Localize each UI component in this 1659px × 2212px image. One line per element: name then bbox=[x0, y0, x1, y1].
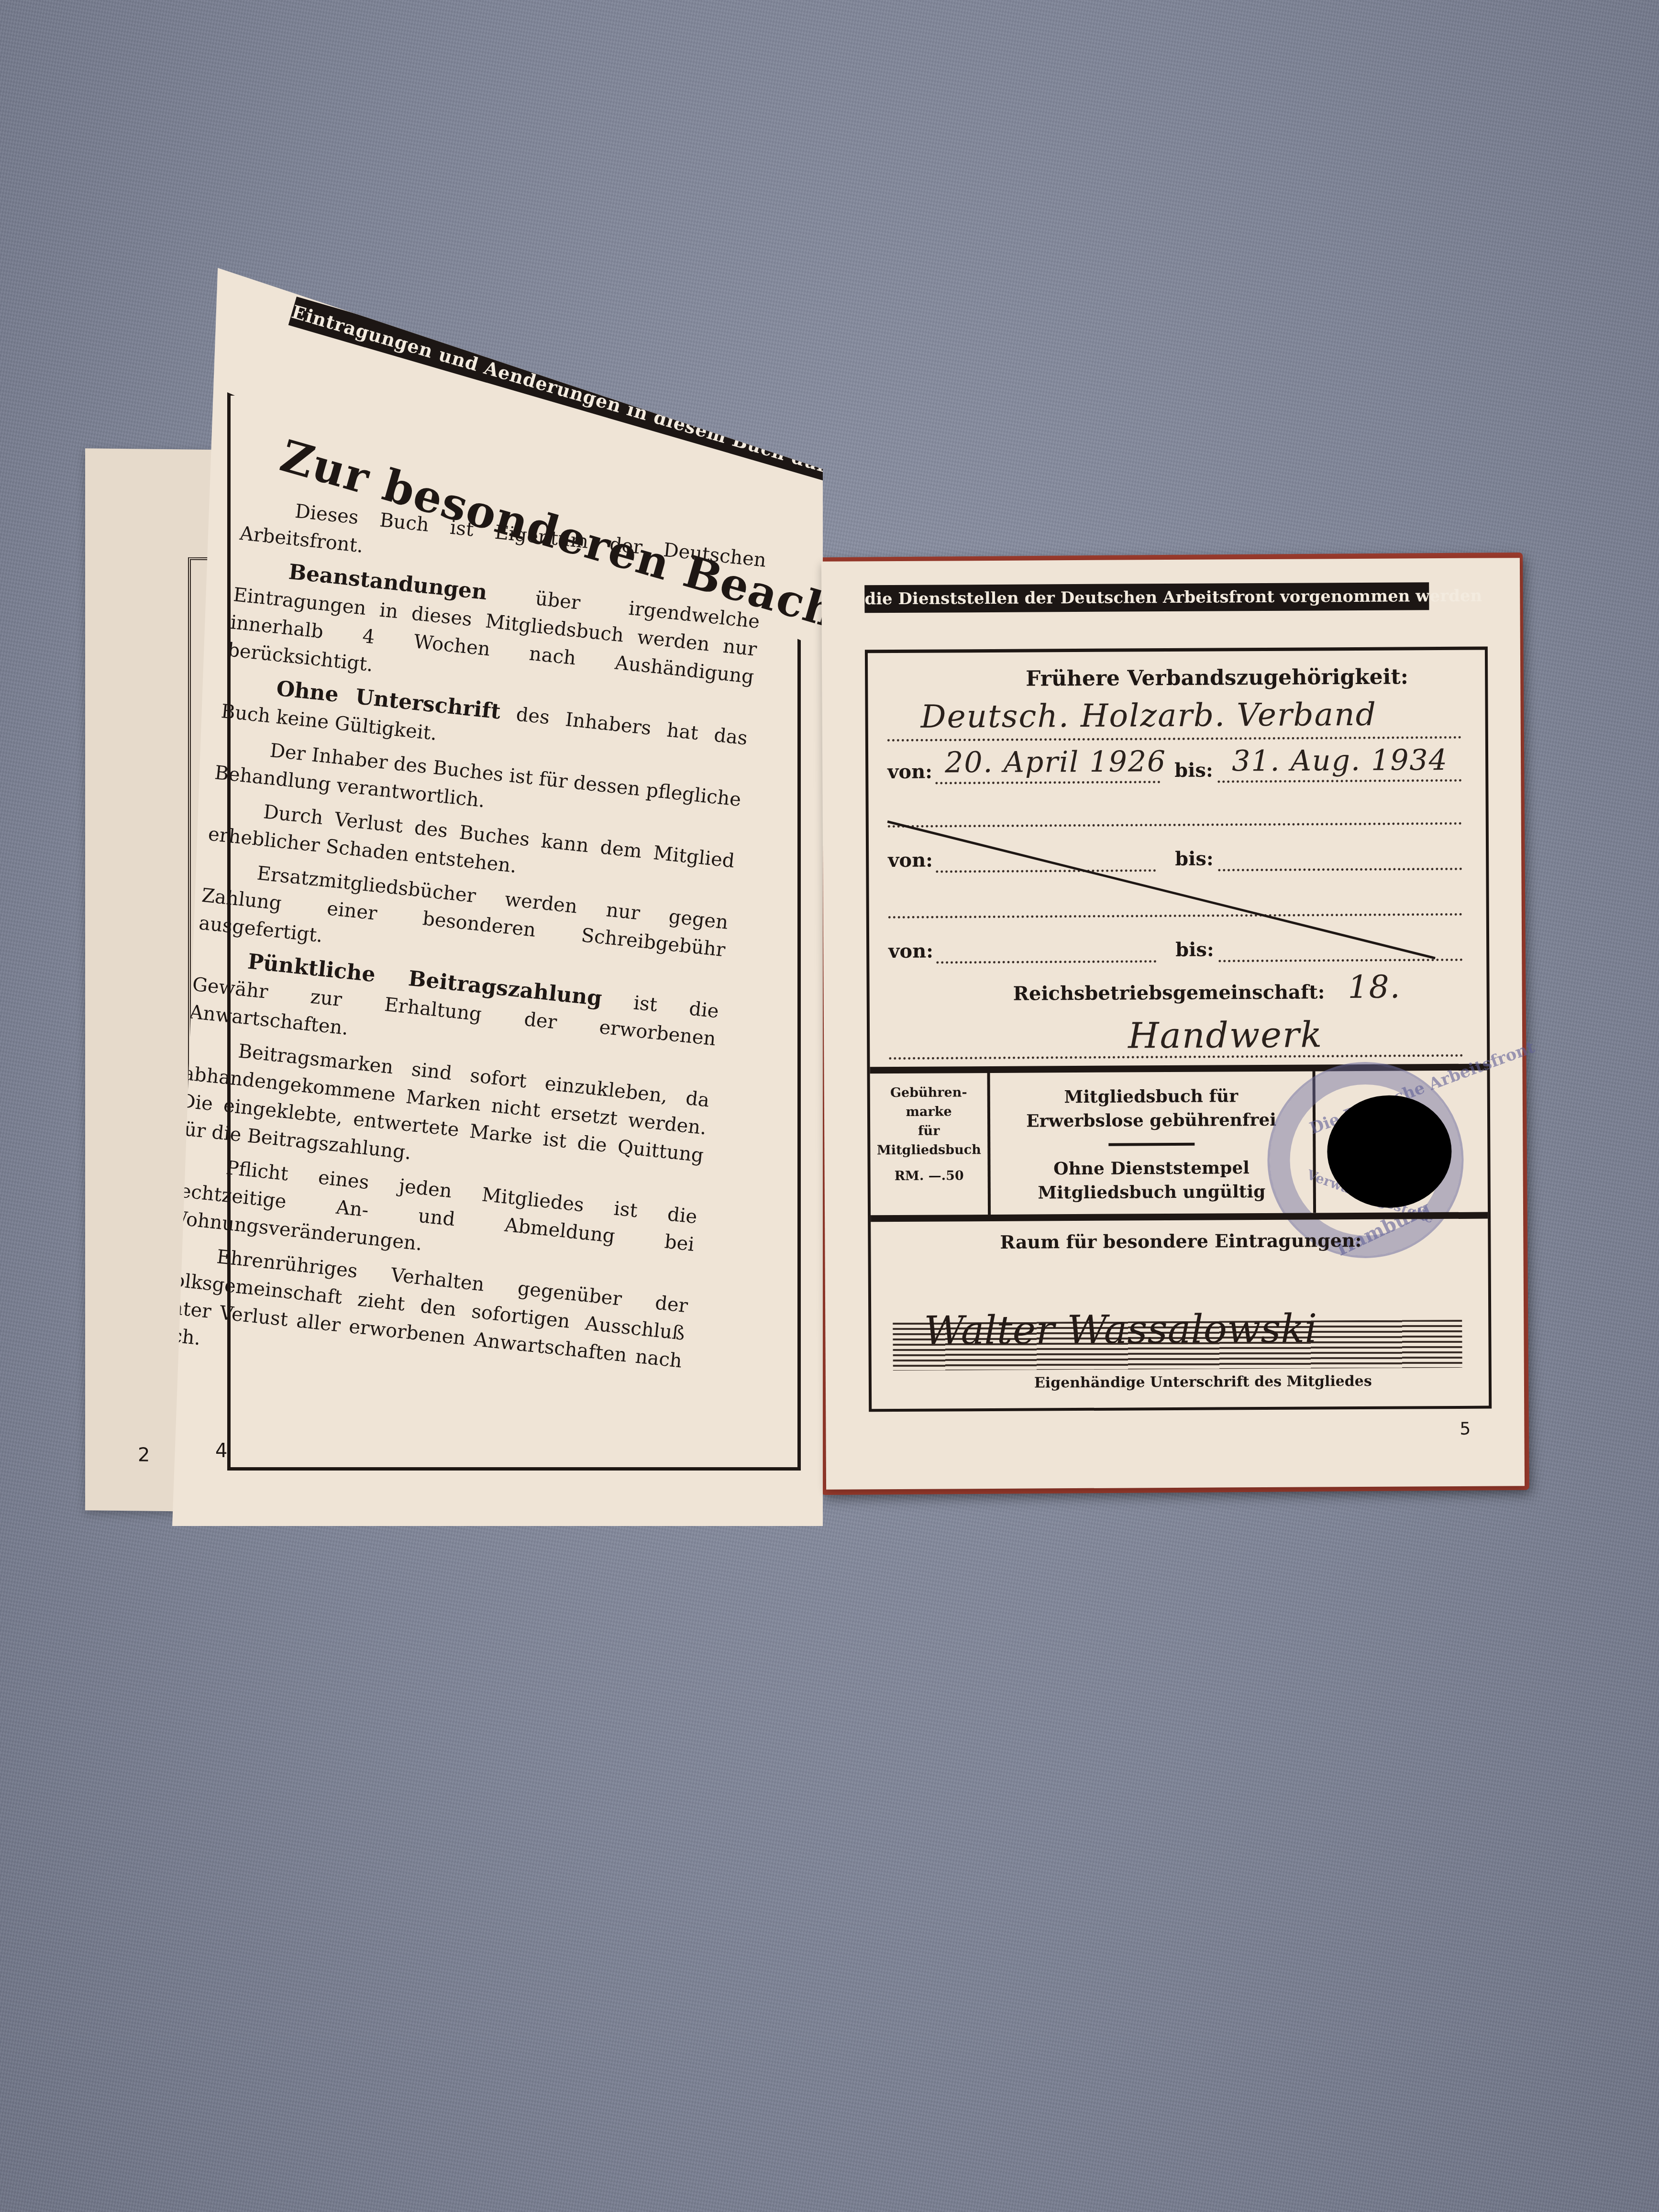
page-number-5: 5 bbox=[1460, 1419, 1471, 1439]
reich-number-handwritten: 18. bbox=[1348, 969, 1401, 1006]
previous-union-label: Frühere Verbandszugehörigkeit: bbox=[1026, 664, 1408, 691]
paragraph-text: über irgendwelche Eintragungen in dieses… bbox=[226, 583, 761, 688]
left-page-4: Eintragungen und Aenderungen in diesem B… bbox=[172, 268, 823, 1526]
left-page-text-block: Zur besonderen Beachtung. Dieses Buch is… bbox=[154, 426, 774, 1408]
signature-caption: Eigenhändige Unterschrift des Mitgliedes bbox=[1034, 1373, 1372, 1392]
redacted-emblem bbox=[1327, 1095, 1452, 1208]
to-label-2: bis: bbox=[1175, 848, 1214, 870]
to-line-1 bbox=[1217, 779, 1461, 783]
from-line-2 bbox=[936, 869, 1156, 873]
right-header-band: die Dienststellen der Deutschen Arbeitsf… bbox=[864, 582, 1429, 613]
union-name-line bbox=[887, 736, 1461, 741]
union-name-handwritten: Deutsch. Holzarb. Verband bbox=[920, 696, 1377, 735]
page-number-4: 4 bbox=[215, 1440, 227, 1462]
to-value-1: 31. Aug. 1934 bbox=[1232, 743, 1448, 778]
to-label-1: bis: bbox=[1174, 759, 1213, 782]
fee-line-2: marke bbox=[870, 1102, 987, 1122]
from-label-3: von: bbox=[888, 940, 933, 962]
fee-line-4: Mitgliedsbuch bbox=[870, 1140, 987, 1160]
to-label-3: bis: bbox=[1175, 939, 1214, 961]
notice-line-3: Ohne Dienststempel bbox=[990, 1155, 1313, 1181]
special-entries-label: Raum für besondere Eintragungen: bbox=[1000, 1229, 1361, 1253]
reich-name-handwritten: Handwerk bbox=[1128, 1014, 1323, 1056]
reich-label: Reichsbetriebsgemeinschaft: bbox=[1013, 981, 1325, 1005]
fee-price: RM. —.50 bbox=[871, 1166, 988, 1186]
union-name-line-3 bbox=[888, 913, 1462, 918]
member-signature: Walter Wassalowski bbox=[924, 1306, 1317, 1353]
notice-cell: Mitgliedsbuch für Erwerbslose gebührenfr… bbox=[990, 1084, 1313, 1205]
fee-stamp-cell: Gebühren- marke für Mitgliedsbuch RM. —.… bbox=[870, 1083, 988, 1186]
from-label-2: von: bbox=[888, 849, 933, 872]
from-line-3 bbox=[936, 960, 1156, 963]
strike-through-line bbox=[887, 820, 1436, 959]
from-line-1 bbox=[935, 781, 1160, 784]
membership-form: Frühere Verbandszugehörigkeit: Deutsch. … bbox=[865, 647, 1492, 1412]
notice-line-1: Mitgliedsbuch für bbox=[990, 1084, 1313, 1109]
to-line-2 bbox=[1218, 868, 1462, 872]
notice-line-2: Erwerbslose gebührenfrei bbox=[990, 1107, 1313, 1133]
notice-divider bbox=[1108, 1143, 1194, 1146]
right-page-5: die Dienststellen der Deutschen Arbeitsf… bbox=[821, 558, 1525, 1490]
union-name-line-2 bbox=[888, 822, 1462, 828]
fee-line-3: für bbox=[870, 1121, 987, 1141]
to-line-3 bbox=[1218, 959, 1462, 962]
right-header-text: die Dienststellen der Deutschen Arbeitsf… bbox=[864, 586, 1482, 609]
from-label-1: von: bbox=[887, 761, 932, 783]
page-number-2: 2 bbox=[138, 1444, 150, 1466]
from-value-1: 20. April 1926 bbox=[945, 745, 1166, 779]
fee-line-1: Gebühren- bbox=[870, 1083, 987, 1103]
notice-line-4: Mitgliedsbuch ungültig bbox=[990, 1179, 1313, 1205]
